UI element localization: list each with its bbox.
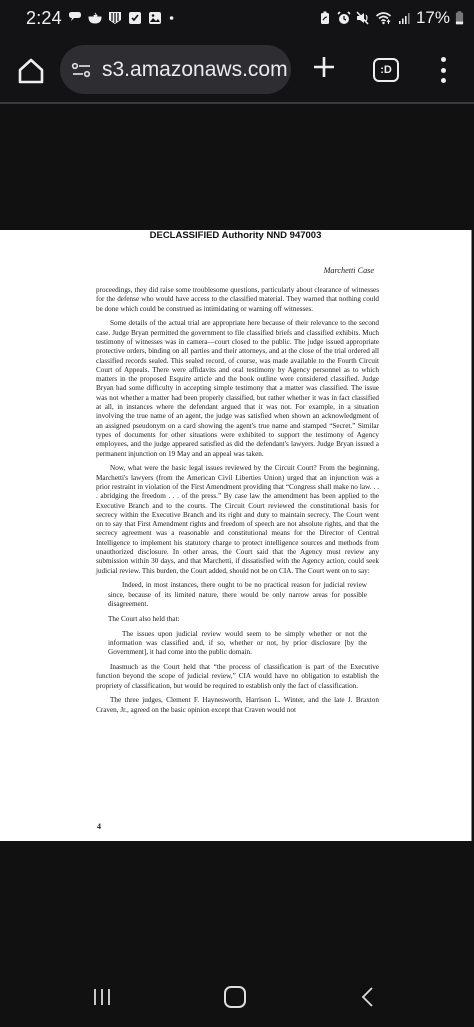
page-number: 4 [97,822,101,831]
paragraph: Inasmuch as the Court held that “the pro… [96,663,379,691]
alarm-icon [337,11,351,25]
dot-icon [168,11,178,25]
menu-dot [441,68,446,73]
system-nav-bar [0,950,474,1027]
back-icon[interactable] [360,986,376,1008]
menu-dot [441,57,446,62]
plus-icon[interactable] [311,54,337,80]
battery-percent: 17% [416,8,450,28]
chat-bubble-icon [68,11,82,25]
block-quote: The issues upon judicial review would se… [108,630,367,658]
declassified-stamp: DECLASSIFIED Authority NND 947003 [0,230,471,241]
menu-dot [441,78,446,83]
checkbox-icon [128,11,142,25]
tab-switcher-button[interactable]: :D [373,58,399,82]
notification-icons [68,11,178,25]
signal-icon [397,11,411,25]
running-head: Marchetti Case [324,266,374,275]
document-page: DECLASSIFIED Authority NND 947003 Marche… [0,230,472,841]
home-icon[interactable] [16,56,46,86]
wifi-icon [375,11,392,25]
paragraph: The Court also held that: [108,615,379,624]
battery-icon [455,10,464,26]
recents-icon[interactable] [92,987,112,1007]
shield-icon [108,11,122,25]
document-body: proceedings, they did raise some trouble… [96,286,379,720]
block-quote: Indeed, in most instances, there ought t… [108,581,367,609]
paragraph: Now, what were the basic legal issues re… [96,464,379,576]
battery-saver-icon [318,11,332,25]
paragraph: Some details of the actual trial are app… [96,319,379,458]
status-bar: 2:24 17% [0,0,474,40]
cup-icon [88,11,102,25]
more-vert-icon[interactable] [436,57,450,83]
system-icons: 17% [318,8,464,28]
image-icon [148,11,162,25]
browser-toolbar: s3.amazonaws.com :D [0,40,474,104]
mute-icon [356,11,370,25]
tab-switcher-label: :D [380,64,392,76]
url-text[interactable]: s3.amazonaws.com [102,58,287,82]
address-bar[interactable]: s3.amazonaws.com [60,45,291,94]
paragraph: The three judges, Clement F. Haynesworth… [96,696,379,715]
status-time: 2:24 [26,8,62,29]
tune-icon[interactable] [70,60,94,80]
home-circle-icon[interactable] [224,986,246,1008]
paragraph: proceedings, they did raise some trouble… [96,286,379,314]
